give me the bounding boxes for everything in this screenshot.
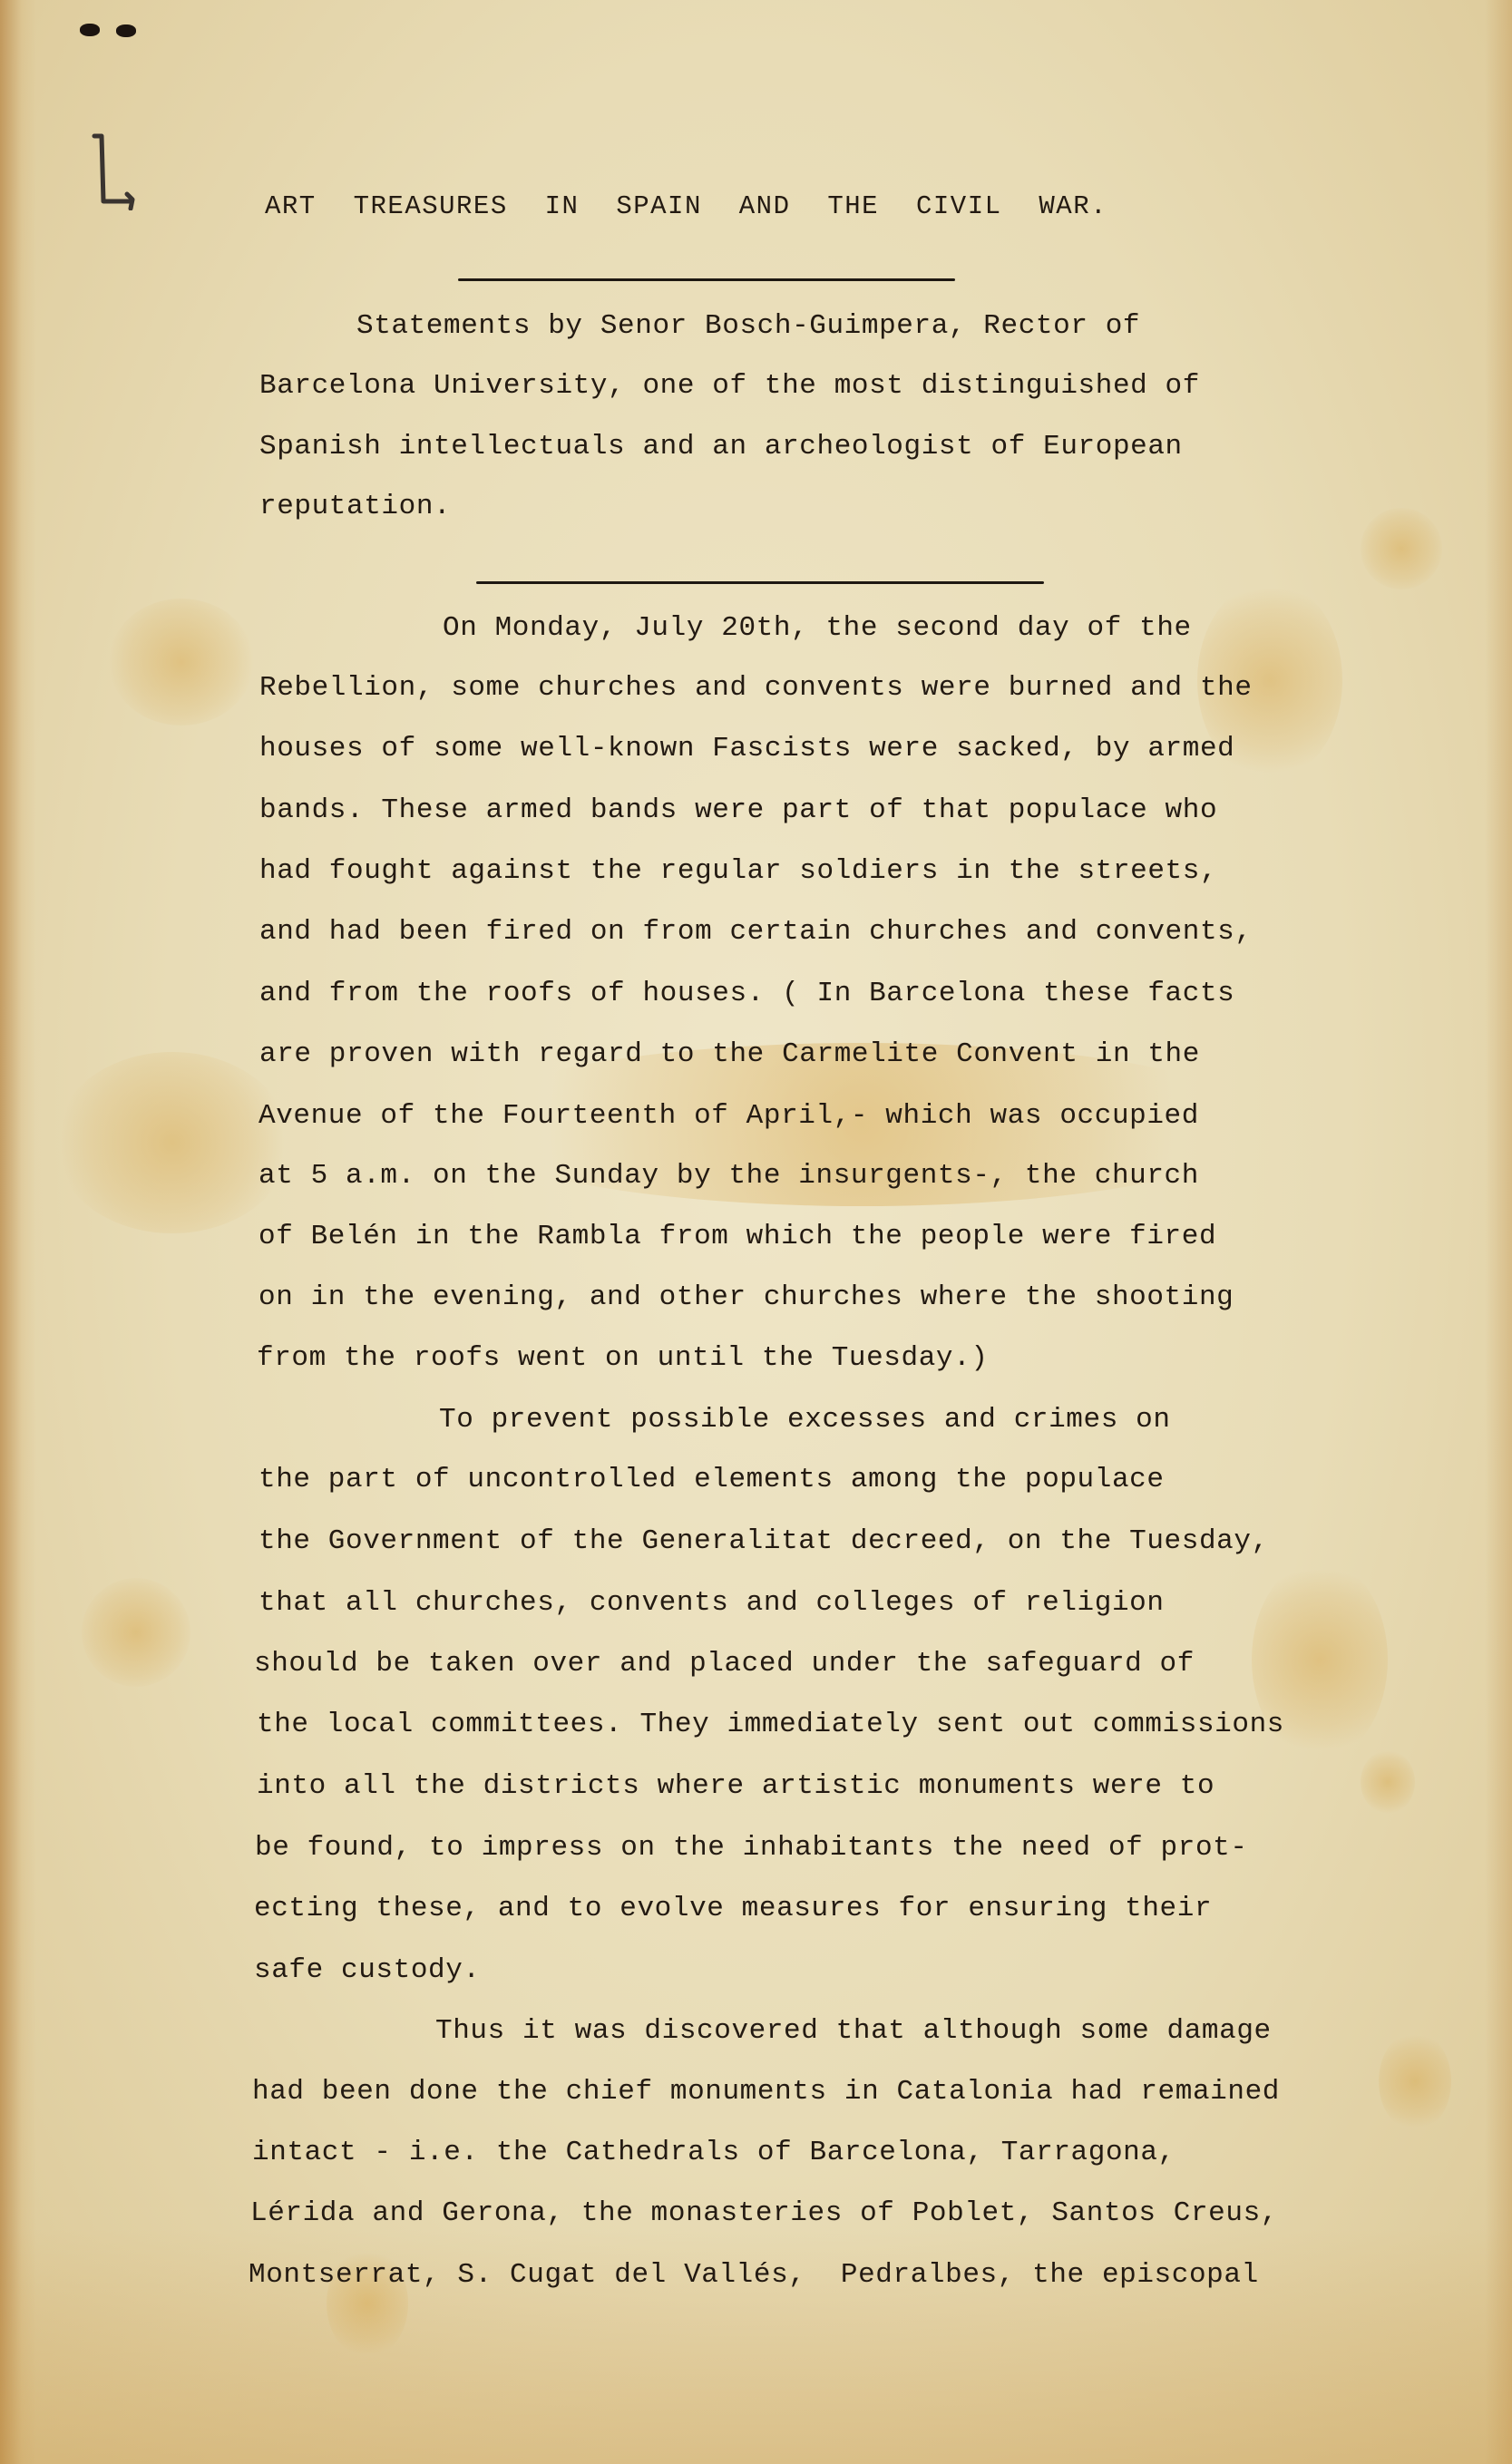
body-line: On Monday, July 20th, the second day of … bbox=[443, 610, 1192, 647]
intro-line: Spanish intellectuals and an archeologis… bbox=[259, 429, 1183, 465]
body-line: Avenue of the Fourteenth of April,- whic… bbox=[259, 1098, 1199, 1135]
body-line: should be taken over and placed under th… bbox=[254, 1646, 1195, 1682]
document-title: ART TREASURES IN SPAIN AND THE CIVIL WAR… bbox=[265, 189, 1107, 225]
punch-hole bbox=[80, 24, 100, 36]
body-line: and from the roofs of houses. ( In Barce… bbox=[259, 976, 1234, 1012]
body-line: bands. These armed bands were part of th… bbox=[259, 793, 1217, 829]
body-line: Lérida and Gerona, the monasteries of Po… bbox=[250, 2196, 1278, 2232]
body-line: of Belén in the Rambla from which the pe… bbox=[259, 1219, 1216, 1255]
body-line: the Government of the Generalitat decree… bbox=[259, 1524, 1269, 1560]
body-line: the local committees. They immediately s… bbox=[257, 1707, 1284, 1743]
punch-hole bbox=[116, 24, 136, 37]
body-line: Montserrat, S. Cugat del Vallés, Pedralb… bbox=[249, 2257, 1259, 2294]
stain bbox=[1361, 508, 1442, 589]
body-line: had fought against the regular soldiers … bbox=[259, 853, 1217, 890]
handwritten-margin-mark bbox=[91, 132, 138, 210]
body-line: houses of some well-known Fascists were … bbox=[259, 731, 1234, 767]
body-line: Rebellion, some churches and convents we… bbox=[259, 670, 1253, 706]
body-line: ecting these, and to evolve measures for… bbox=[254, 1891, 1212, 1927]
body-line: be found, to impress on the inhabitants … bbox=[255, 1830, 1248, 1866]
body-line: at 5 a.m. on the Sunday by the insurgent… bbox=[259, 1158, 1199, 1194]
body-line: the part of uncontrolled elements among … bbox=[259, 1462, 1165, 1498]
body-line: that all churches, convents and colleges… bbox=[259, 1585, 1165, 1622]
body-line: had been done the chief monuments in Cat… bbox=[252, 2074, 1280, 2110]
title-rule bbox=[458, 278, 955, 281]
stain bbox=[1361, 1750, 1415, 1814]
paper-edge-stain-right bbox=[1485, 0, 1512, 2464]
body-line: are proven with regard to the Carmelite … bbox=[259, 1037, 1200, 1073]
body-line: Thus it was discovered that although som… bbox=[435, 2013, 1272, 2050]
stain bbox=[82, 1578, 190, 1687]
intro-line: Barcelona University, one of the most di… bbox=[259, 368, 1200, 404]
body-line: and had been fired on from certain churc… bbox=[259, 914, 1253, 950]
body-line: To prevent possible excesses and crimes … bbox=[439, 1402, 1171, 1438]
body-line: intact - i.e. the Cathedrals of Barcelon… bbox=[252, 2135, 1175, 2171]
body-line: safe custody. bbox=[254, 1953, 481, 1989]
intro-line: reputation. bbox=[259, 489, 451, 525]
intro-line: Statements by Senor Bosch-Guimpera, Rect… bbox=[356, 308, 1140, 345]
section-rule bbox=[476, 581, 1044, 584]
body-line: into all the districts where artistic mo… bbox=[257, 1768, 1214, 1805]
body-line: on in the evening, and other churches wh… bbox=[259, 1280, 1234, 1316]
body-line: from the roofs went on until the Tuesday… bbox=[257, 1340, 989, 1377]
paper-edge-stain-left bbox=[0, 0, 36, 2464]
stain bbox=[1379, 2031, 1451, 2131]
stain bbox=[54, 1052, 290, 1233]
stain bbox=[109, 599, 254, 726]
